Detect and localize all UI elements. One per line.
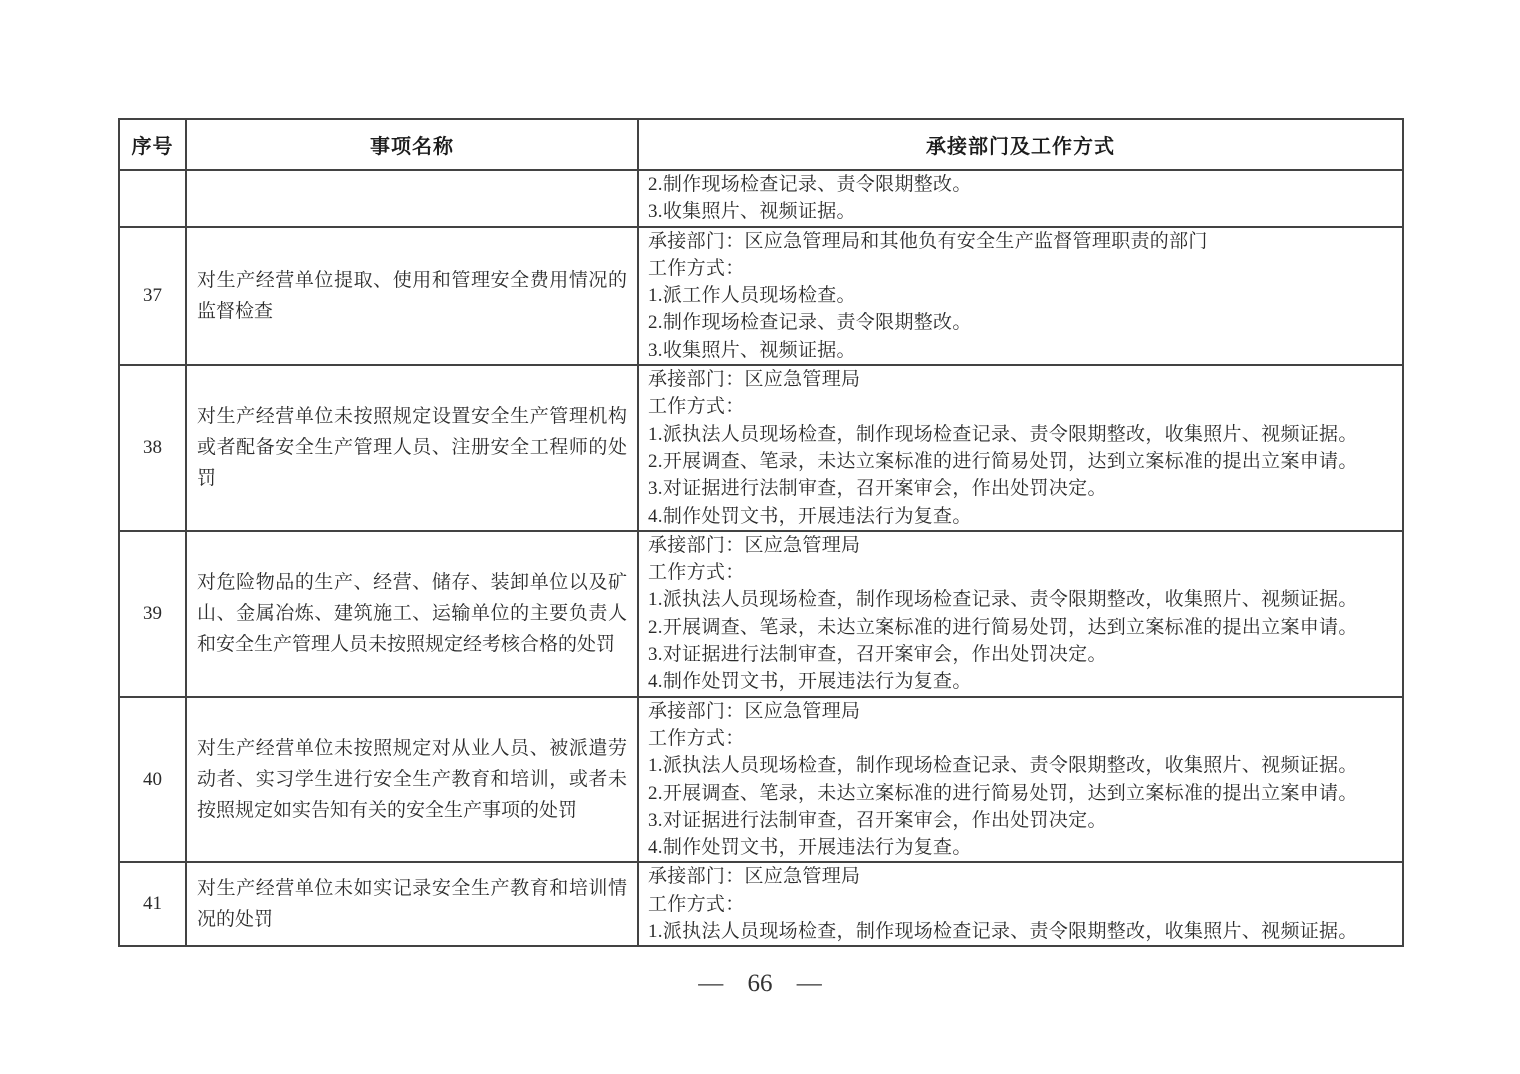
method-line: 承接部门：区应急管理局 xyxy=(648,366,1396,393)
method-lines: 承接部门：区应急管理局工作方式：1.派执法人员现场检查，制作现场检查记录、责令限… xyxy=(638,531,1403,697)
header-item-name: 事项名称 xyxy=(186,119,638,170)
method-line: 承接部门：区应急管理局 xyxy=(648,532,1396,559)
header-serial-number: 序号 xyxy=(119,119,186,170)
method-line: 4.制作处罚文书，开展违法行为复查。 xyxy=(648,503,1396,530)
item-name: 对生产经营单位未如实记录安全生产教育和培训情况的处罚 xyxy=(186,862,638,946)
row-number: 41 xyxy=(119,862,186,946)
method-line: 承接部门：区应急管理局 xyxy=(648,698,1396,725)
method-lines: 承接部门：区应急管理局工作方式：1.派执法人员现场检查，制作现场检查记录、责令限… xyxy=(638,862,1403,946)
method-line: 承接部门：区应急管理局 xyxy=(648,863,1396,890)
row-number: 38 xyxy=(119,365,186,531)
item-name: 对生产经营单位未按照规定设置安全生产管理机构或者配备安全生产管理人员、注册安全工… xyxy=(186,365,638,531)
row-number: 40 xyxy=(119,697,186,863)
table-body: 2.制作现场检查记录、责令限期整改。3.收集照片、视频证据。 37 对生产经营单… xyxy=(119,170,1403,946)
row-number xyxy=(119,170,186,227)
header-department-method: 承接部门及工作方式 xyxy=(638,119,1403,170)
method-line: 1.派执法人员现场检查，制作现场检查记录、责令限期整改，收集照片、视频证据。 xyxy=(648,752,1396,779)
method-line: 4.制作处罚文书，开展违法行为复查。 xyxy=(648,668,1396,695)
table-row: 39 对危险物品的生产、经营、储存、装卸单位以及矿山、金属冶炼、建筑施工、运输单… xyxy=(119,531,1403,697)
method-line: 1.派执法人员现场检查，制作现场检查记录、责令限期整改，收集照片、视频证据。 xyxy=(648,421,1396,448)
method-line: 2.制作现场检查记录、责令限期整改。 xyxy=(648,171,1396,198)
table-row: 41 对生产经营单位未如实记录安全生产教育和培训情况的处罚 承接部门：区应急管理… xyxy=(119,862,1403,946)
method-line: 工作方式： xyxy=(648,393,1396,420)
method-line: 工作方式： xyxy=(648,891,1396,918)
table-row: 40 对生产经营单位未按照规定对从业人员、被派遣劳动者、实习学生进行安全生产教育… xyxy=(119,697,1403,863)
table-row: 37 对生产经营单位提取、使用和管理安全费用情况的监督检查 承接部门：区应急管理… xyxy=(119,227,1403,365)
method-line: 2.开展调查、笔录，未达立案标准的进行简易处罚，达到立案标准的提出立案申请。 xyxy=(648,614,1396,641)
method-lines: 2.制作现场检查记录、责令限期整改。3.收集照片、视频证据。 xyxy=(638,170,1403,227)
items-table: 序号 事项名称 承接部门及工作方式 2.制作现场检查记录、责令限期整改。3.收集… xyxy=(118,118,1404,947)
item-name: 对生产经营单位提取、使用和管理安全费用情况的监督检查 xyxy=(186,227,638,365)
method-line: 3.对证据进行法制审查，召开案审会，作出处罚决定。 xyxy=(648,475,1396,502)
method-line: 1.派执法人员现场检查，制作现场检查记录、责令限期整改，收集照片、视频证据。 xyxy=(648,918,1396,945)
method-line: 承接部门：区应急管理局和其他负有安全生产监督管理职责的部门 xyxy=(648,228,1396,255)
method-line: 3.收集照片、视频证据。 xyxy=(648,337,1396,364)
row-number: 39 xyxy=(119,531,186,697)
method-line: 工作方式： xyxy=(648,725,1396,752)
table-row: 38 对生产经营单位未按照规定设置安全生产管理机构或者配备安全生产管理人员、注册… xyxy=(119,365,1403,531)
method-line: 1.派执法人员现场检查，制作现场检查记录、责令限期整改，收集照片、视频证据。 xyxy=(648,586,1396,613)
page-number: — 66 — xyxy=(0,970,1520,998)
method-line: 工作方式： xyxy=(648,559,1396,586)
method-line: 3.收集照片、视频证据。 xyxy=(648,198,1396,225)
row-number: 37 xyxy=(119,227,186,365)
method-line: 2.制作现场检查记录、责令限期整改。 xyxy=(648,309,1396,336)
method-line: 2.开展调查、笔录，未达立案标准的进行简易处罚，达到立案标准的提出立案申请。 xyxy=(648,780,1396,807)
item-name: 对危险物品的生产、经营、储存、装卸单位以及矿山、金属冶炼、建筑施工、运输单位的主… xyxy=(186,531,638,697)
method-line: 3.对证据进行法制审查，召开案审会，作出处罚决定。 xyxy=(648,807,1396,834)
table-row: 2.制作现场检查记录、责令限期整改。3.收集照片、视频证据。 xyxy=(119,170,1403,227)
method-line: 工作方式： xyxy=(648,255,1396,282)
item-name: 对生产经营单位未按照规定对从业人员、被派遣劳动者、实习学生进行安全生产教育和培训… xyxy=(186,697,638,863)
method-line: 4.制作处罚文书，开展违法行为复查。 xyxy=(648,834,1396,861)
method-line: 2.开展调查、笔录，未达立案标准的进行简易处罚，达到立案标准的提出立案申请。 xyxy=(648,448,1396,475)
method-lines: 承接部门：区应急管理局工作方式：1.派执法人员现场检查，制作现场检查记录、责令限… xyxy=(638,697,1403,863)
method-lines: 承接部门：区应急管理局和其他负有安全生产监督管理职责的部门工作方式：1.派工作人… xyxy=(638,227,1403,365)
method-line: 1.派工作人员现场检查。 xyxy=(648,282,1396,309)
document-page: 序号 事项名称 承接部门及工作方式 2.制作现场检查记录、责令限期整改。3.收集… xyxy=(0,0,1520,1074)
method-lines: 承接部门：区应急管理局工作方式：1.派执法人员现场检查，制作现场检查记录、责令限… xyxy=(638,365,1403,531)
method-line: 3.对证据进行法制审查，召开案审会，作出处罚决定。 xyxy=(648,641,1396,668)
item-name xyxy=(186,170,638,227)
table-header-row: 序号 事项名称 承接部门及工作方式 xyxy=(119,119,1403,170)
